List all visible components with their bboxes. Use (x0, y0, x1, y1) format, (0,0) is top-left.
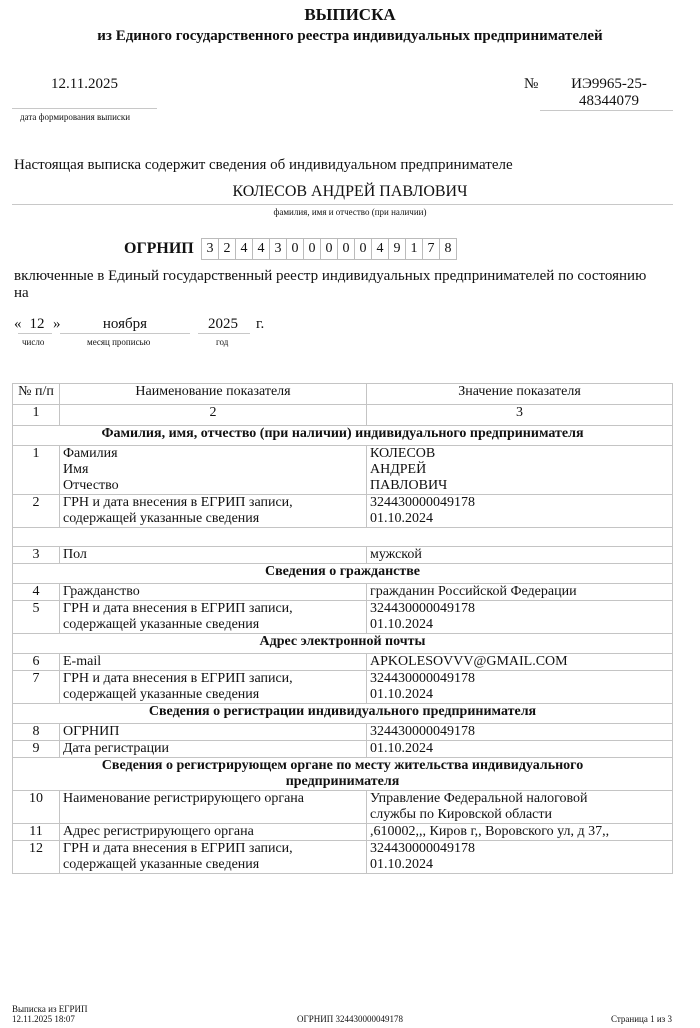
month-caption: месяц прописью (87, 337, 150, 347)
generation-date-underline (12, 108, 157, 109)
row-label: Гражданство (60, 584, 367, 601)
header-number: № п/п (13, 384, 60, 405)
entrepreneur-name-underline (12, 204, 673, 205)
number-sign: № (524, 76, 538, 93)
included-text: включенные в Единый государственный реес… (14, 268, 654, 302)
label-line: ГРН и дата внесения в ЕГРИП записи, (63, 601, 363, 617)
label-line: Имя (63, 462, 363, 478)
colnum-3: 3 (367, 405, 673, 426)
value-line: 01.10.2024 (370, 687, 669, 703)
row-label: ГРН и дата внесения в ЕГРИП записи, соде… (60, 671, 367, 704)
ogrnip-digit-box: 0 (320, 238, 338, 260)
label-line: ГРН и дата внесения в ЕГРИП записи, (63, 495, 363, 511)
ogrnip-label: ОГРНИП (124, 240, 194, 258)
row-number: 11 (13, 824, 60, 841)
row-value: 324430000049178 01.10.2024 (367, 671, 673, 704)
row-number: 5 (13, 601, 60, 634)
extract-number-underline (540, 110, 673, 111)
ogrnip-digit-box: 4 (235, 238, 253, 260)
ogrnip-digit-box: 4 (371, 238, 389, 260)
label-line: Фамилия (63, 446, 363, 462)
row-label: Наименование регистрирующего органа (60, 791, 367, 824)
section-row: Адрес электронной почты (13, 634, 673, 654)
header-value: Значение показателя (367, 384, 673, 405)
ogrnip-digit-box: 8 (439, 238, 457, 260)
footer-ogrnip: ОГРНИП 324430000049178 (0, 1014, 700, 1024)
table-row: 3 Пол мужской (13, 547, 673, 564)
row-value: APKOLESOVVV@GMAIL.COM (367, 654, 673, 671)
ogrnip-digit-box: 9 (388, 238, 406, 260)
value-line: 324430000049178 (370, 671, 669, 687)
section-fio: Фамилия, имя, отчество (при наличии) инд… (13, 426, 673, 446)
month-underline (60, 333, 190, 334)
section-row: Сведения о регистрации индивидуального п… (13, 704, 673, 724)
section-registering-authority: Сведения о регистрирующем органе по мест… (13, 758, 673, 791)
row-value: гражданин Российской Федерации (367, 584, 673, 601)
row-label: ГРН и дата внесения в ЕГРИП записи, соде… (60, 841, 367, 874)
table-row: 11 Адрес регистрирующего органа ,610002,… (13, 824, 673, 841)
value-line: службы по Кировской области (370, 807, 669, 823)
ogrnip-digit-box: 0 (354, 238, 372, 260)
value-line: КОЛЕСОВ (370, 446, 669, 462)
quote-open: « (14, 316, 22, 333)
year-underline (198, 333, 250, 334)
label-line: содержащей указанные сведения (63, 857, 363, 873)
label-line: ГРН и дата внесения в ЕГРИП записи, (63, 841, 363, 857)
extract-number: ИЭ9965-25- 48344079 (545, 76, 673, 110)
ogrnip-digit-boxes: 324430000049178 (201, 238, 456, 260)
empty-row (13, 528, 673, 547)
ogrnip-digit-box: 0 (337, 238, 355, 260)
colnum-2: 2 (60, 405, 367, 426)
row-label: Пол (60, 547, 367, 564)
value-line: 01.10.2024 (370, 617, 669, 633)
table-row: 7 ГРН и дата внесения в ЕГРИП записи, со… (13, 671, 673, 704)
document-subtitle: из Единого государственного реестра инди… (0, 28, 700, 45)
label-line: ГРН и дата внесения в ЕГРИП записи, (63, 671, 363, 687)
section-citizenship: Сведения о гражданстве (13, 564, 673, 584)
day-caption: число (22, 337, 44, 347)
table-row: 12 ГРН и дата внесения в ЕГРИП записи, с… (13, 841, 673, 874)
row-number: 9 (13, 741, 60, 758)
value-line: 324430000049178 (370, 841, 669, 857)
table-row: 8 ОГРНИП 324430000049178 (13, 724, 673, 741)
row-number: 8 (13, 724, 60, 741)
value-line: АНДРЕЙ (370, 462, 669, 478)
row-label: Адрес регистрирующего органа (60, 824, 367, 841)
row-label: Фамилия Имя Отчество (60, 446, 367, 495)
label-line: Отчество (63, 478, 363, 494)
row-value: 324430000049178 01.10.2024 (367, 841, 673, 874)
row-number: 1 (13, 446, 60, 495)
table-row: 6 E-mail APKOLESOVVV@GMAIL.COM (13, 654, 673, 671)
table-header-row: № п/п Наименование показателя Значение п… (13, 384, 673, 405)
value-line: 01.10.2024 (370, 857, 669, 873)
day-underline (18, 333, 52, 334)
section-row: Фамилия, имя, отчество (при наличии) инд… (13, 426, 673, 446)
document-title: ВЫПИСКА (0, 5, 700, 25)
section-email: Адрес электронной почты (13, 634, 673, 654)
label-line: содержащей указанные сведения (63, 687, 363, 703)
row-value: 324430000049178 01.10.2024 (367, 601, 673, 634)
row-label: ГРН и дата внесения в ЕГРИП записи, соде… (60, 601, 367, 634)
table-row: 4 Гражданство гражданин Российской Федер… (13, 584, 673, 601)
row-value: Управление Федеральной налоговой службы … (367, 791, 673, 824)
year-suffix: г. (256, 316, 264, 333)
row-number: 4 (13, 584, 60, 601)
row-number: 10 (13, 791, 60, 824)
label-line: содержащей указанные сведения (63, 617, 363, 633)
value-line: Управление Федеральной налоговой (370, 791, 669, 807)
intro-text: Настоящая выписка содержит сведения об и… (14, 157, 513, 174)
row-value: мужской (367, 547, 673, 564)
table-row: 1 Фамилия Имя Отчество КОЛЕСОВ АНДРЕЙ ПА… (13, 446, 673, 495)
row-label: ОГРНИП (60, 724, 367, 741)
footer-page-number: Страница 1 из 3 (611, 1014, 672, 1024)
row-value: 324430000049178 01.10.2024 (367, 495, 673, 528)
label-line: содержащей указанные сведения (63, 511, 363, 527)
table-row: 2 ГРН и дата внесения в ЕГРИП записи, со… (13, 495, 673, 528)
year-caption: год (216, 337, 228, 347)
row-value: 324430000049178 (367, 724, 673, 741)
row-number: 12 (13, 841, 60, 874)
footer-doc-name: Выписка из ЕГРИП (12, 1004, 88, 1014)
row-number: 3 (13, 547, 60, 564)
table-row: 5 ГРН и дата внесения в ЕГРИП записи, со… (13, 601, 673, 634)
row-value: 01.10.2024 (367, 741, 673, 758)
row-number: 6 (13, 654, 60, 671)
value-line: 324430000049178 (370, 601, 669, 617)
generation-date-caption: дата формирования выписки (20, 112, 130, 122)
section-registration: Сведения о регистрации индивидуального п… (13, 704, 673, 724)
section-row: Сведения о гражданстве (13, 564, 673, 584)
ogrnip-digit-box: 4 (252, 238, 270, 260)
date-month: ноября (60, 316, 190, 333)
table-row: 9 Дата регистрации 01.10.2024 (13, 741, 673, 758)
value-line: 01.10.2024 (370, 511, 669, 527)
empty-cell (13, 528, 673, 547)
ogrnip-digit-box: 7 (422, 238, 440, 260)
row-label: Дата регистрации (60, 741, 367, 758)
extract-table: № п/п Наименование показателя Значение п… (12, 383, 673, 874)
ogrnip-digit-box: 2 (218, 238, 236, 260)
row-label: ГРН и дата внесения в ЕГРИП записи, соде… (60, 495, 367, 528)
date-day: 12 (26, 316, 48, 333)
ogrnip-digit-box: 3 (269, 238, 287, 260)
extract-number-line2: 48344079 (545, 93, 673, 110)
value-line: ПАВЛОВИЧ (370, 478, 669, 494)
generation-date: 12.11.2025 (12, 76, 157, 93)
entrepreneur-name-caption: фамилия, имя и отчество (при наличии) (0, 207, 700, 217)
row-value: КОЛЕСОВ АНДРЕЙ ПАВЛОВИЧ (367, 446, 673, 495)
header-indicator: Наименование показателя (60, 384, 367, 405)
ogrnip-digit-box: 3 (201, 238, 219, 260)
ogrnip-digit-box: 0 (303, 238, 321, 260)
colnum-1: 1 (13, 405, 60, 426)
extract-number-line1: ИЭ9965-25- (545, 76, 673, 93)
section-row: Сведения о регистрирующем органе по мест… (13, 758, 673, 791)
ogrnip-digit-box: 1 (405, 238, 423, 260)
row-value: ,610002,,, Киров г,, Воровского ул, д 37… (367, 824, 673, 841)
ogrnip-digit-box: 0 (286, 238, 304, 260)
row-number: 7 (13, 671, 60, 704)
row-number: 2 (13, 495, 60, 528)
value-line: 324430000049178 (370, 495, 669, 511)
table-row: 10 Наименование регистрирующего органа У… (13, 791, 673, 824)
table-colnum-row: 1 2 3 (13, 405, 673, 426)
entrepreneur-name: КОЛЕСОВ АНДРЕЙ ПАВЛОВИЧ (0, 183, 700, 201)
date-year: 2025 (198, 316, 248, 333)
row-label: E-mail (60, 654, 367, 671)
